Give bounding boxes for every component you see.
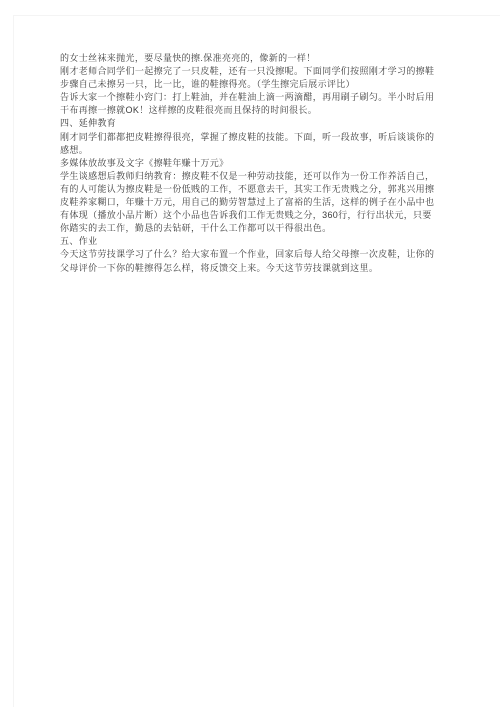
- text-line: 刚才老师合同学们一起擦完了一只皮鞋，还有一只没擦呢。下面同学们按照刚才学习的擦鞋: [60, 65, 440, 78]
- section-heading-extension-education: 四、延伸教育: [60, 117, 440, 130]
- text-line: 多媒体放故事及文字《擦鞋年赚十万元》: [60, 157, 440, 170]
- text-line: 皮鞋养家糊口，年赚十万元，用自己的勤劳智慧过上了富裕的生活，这样的例子在小品中也: [60, 196, 440, 209]
- text-line: 的女士丝袜来抛光，要尽量快的擦.保准亮亮的，像新的一样！: [60, 52, 440, 65]
- text-line: 告诉大家一个擦鞋小窍门：打上鞋油，并在鞋油上滴一两滴醋，再用刷子刷匀。半小时后用: [60, 91, 440, 104]
- section-heading-homework: 五、作业: [60, 235, 440, 248]
- text-line: 你踏实的去工作，勤恳的去钻研，干什么工作都可以干得很出色。: [60, 222, 440, 235]
- text-line: 学生谈感想后教师归纳教育：擦皮鞋不仅是一种劳动技能，还可以作为一份工作养活自己，: [60, 170, 440, 183]
- text-line: 父母评价一下你的鞋擦得怎么样，将反馈交上来。今天这节劳技课就到这里。: [60, 262, 440, 275]
- text-block: 的女士丝袜来抛光，要尽量快的擦.保准亮亮的，像新的一样！ 刚才老师合同学们一起擦…: [60, 52, 440, 275]
- text-line: 有的人可能认为擦皮鞋是一份低贱的工作，不愿意去干，其实工作无贵贱之分，郭兆兴用擦: [60, 183, 440, 196]
- text-line: 感想。: [60, 144, 440, 157]
- text-line: 今天这节劳技课学习了什么？给大家布置一个作业，回家后每人给父母擦一次皮鞋，让你的: [60, 248, 440, 261]
- text-line: 刚才同学们都都把皮鞋擦得很亮，掌握了擦皮鞋的技能。下面，听一段故事，听后谈谈你的: [60, 131, 440, 144]
- text-line: 有体现（播放小品片断）这个小品也告诉我们工作无贵贱之分，360行，行行出状元，只…: [60, 209, 440, 222]
- text-line: 步骤自己未擦另一只，比一比，谁的鞋擦得亮。（学生擦完后展示评比）: [60, 78, 440, 91]
- text-line: 干布再擦一擦就OK！这样擦的皮鞋很亮而且保持的时间很长。: [60, 104, 440, 117]
- document-page: 的女士丝袜来抛光，要尽量快的擦.保准亮亮的，像新的一样！ 刚才老师合同学们一起擦…: [0, 0, 500, 707]
